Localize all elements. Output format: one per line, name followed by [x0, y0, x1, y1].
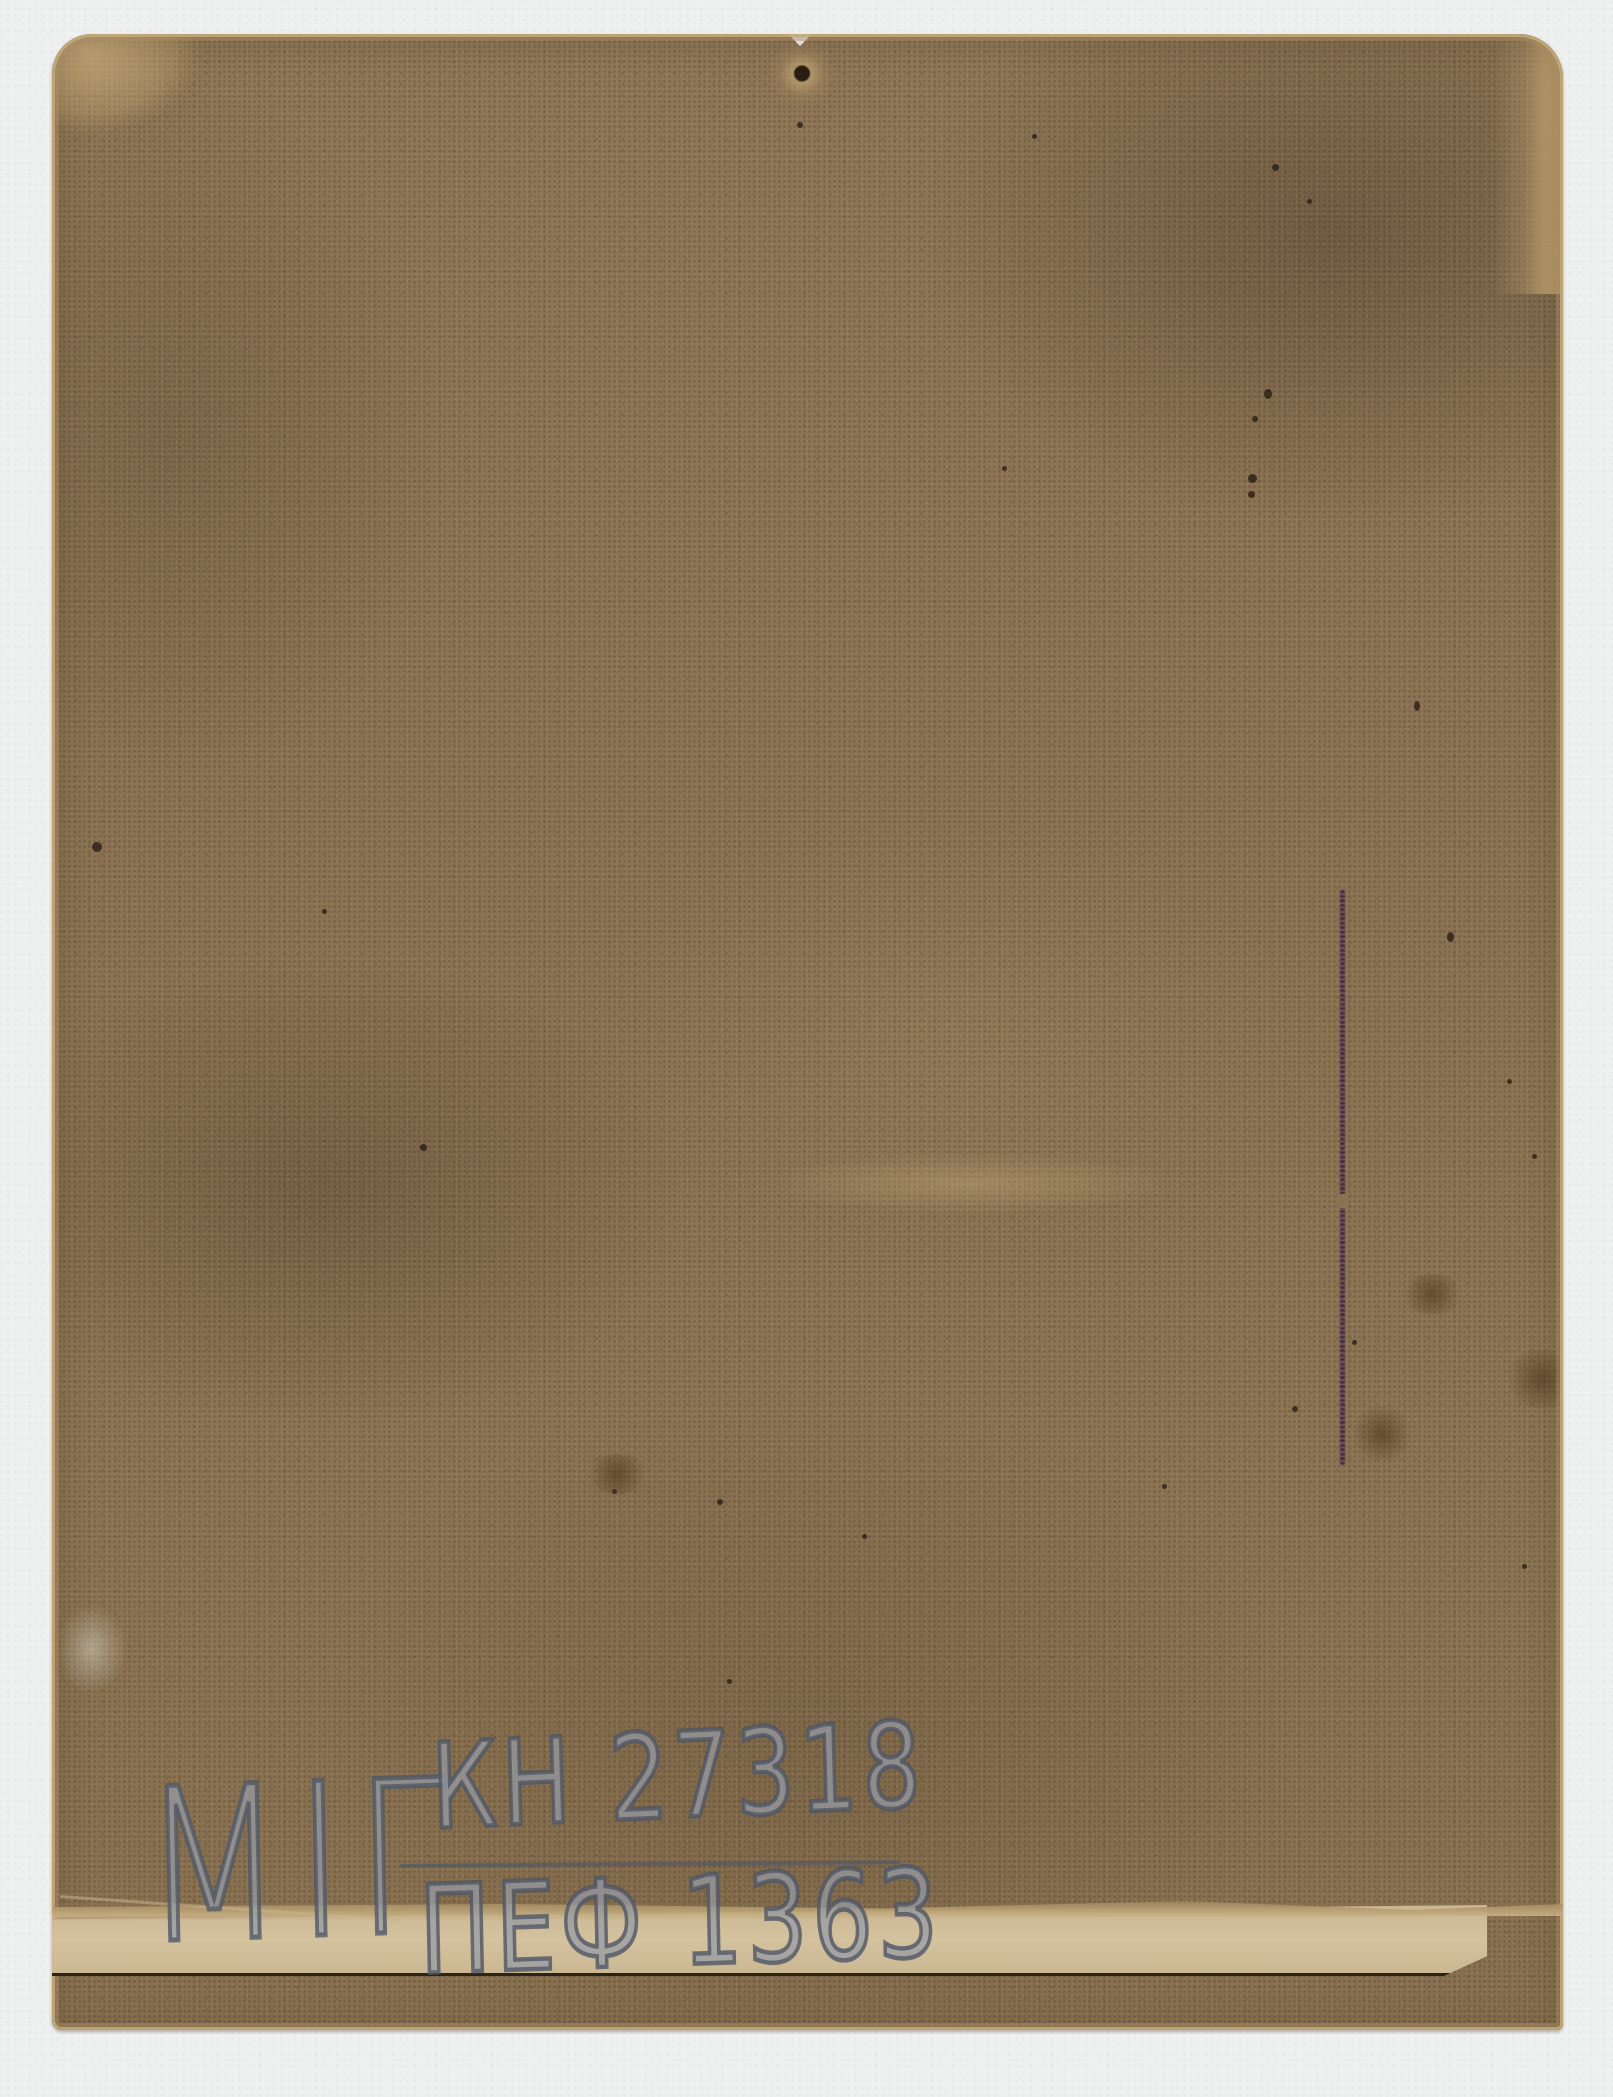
inventory-number-top: КН 27318: [430, 1706, 927, 1846]
inventory-number-bottom: ПЕФ 1363: [418, 1852, 944, 1992]
collection-mark-inscription: МІГ: [140, 1751, 461, 1974]
collection-mark-text: МІГ: [140, 1733, 461, 1991]
